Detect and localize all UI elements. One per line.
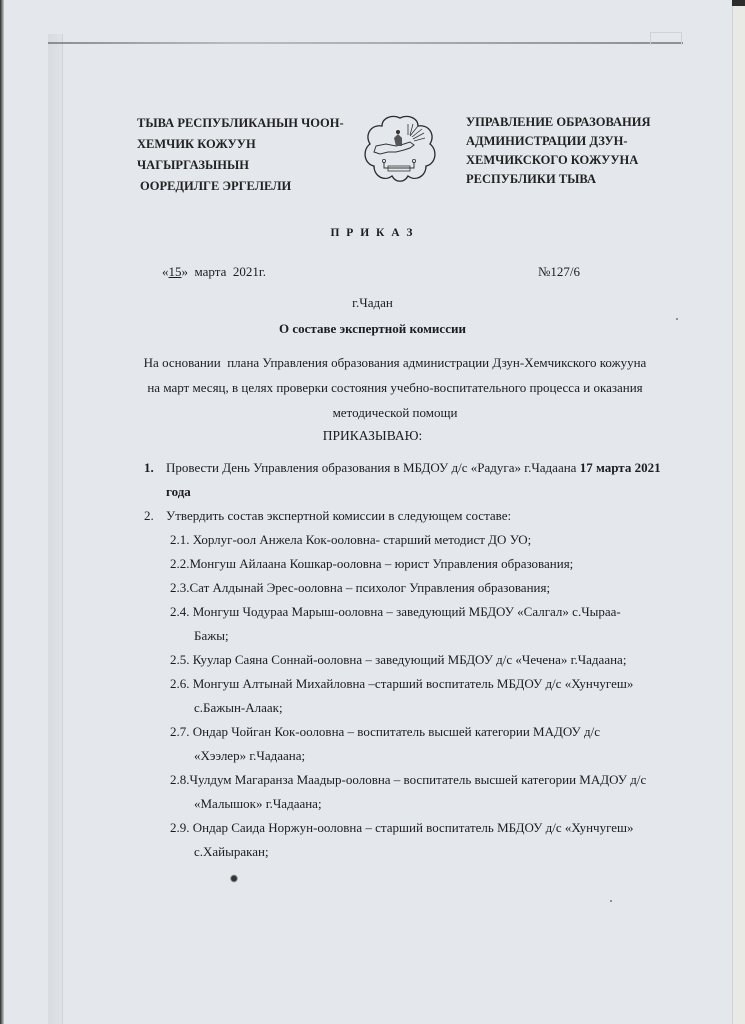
member-line: 2.8.Чулдум Магаранза Маадыр-ооловна – во… — [170, 772, 646, 787]
commission-member: 2.7. Ондар Чойган Кок-ооловна – воспитат… — [170, 720, 664, 768]
scan-speck — [676, 318, 678, 320]
item-number: 1. — [144, 456, 154, 480]
member-line-continuation: Бажы; — [170, 624, 664, 648]
member-line-continuation: «Хээлер» г.Чадаана; — [170, 744, 664, 768]
scan-edge-right — [732, 0, 745, 1024]
order-item-2: 2. Утвердить состав экспертной комиссии … — [144, 504, 664, 864]
commission-member: 2.2.Монгуш Айлаана Кошкар-ооловна – юрис… — [170, 552, 664, 576]
member-line: 2.2.Монгуш Айлаана Кошкар-ооловна – юрис… — [170, 556, 573, 571]
member-line-continuation: «Малышок» г.Чадаана; — [170, 792, 664, 816]
document-number: №127/6 — [538, 264, 580, 280]
header-left-line: ООРЕДИЛГЕ ЭРГЕЛЕЛИ — [137, 176, 344, 197]
order-items-list: 1. Провести День Управления образования … — [144, 456, 664, 864]
item-text: Утвердить состав экспертной комиссии в с… — [157, 504, 664, 528]
header-right-line: АДМИНИСТРАЦИИ ДЗУН- — [466, 132, 651, 151]
document-date: «15» марта 2021г. — [162, 264, 266, 280]
date-day: 15 — [169, 264, 182, 279]
header-left-line: ХЕМЧИК КОЖУУН — [137, 134, 344, 155]
commission-members-list: 2.1. Хорлуг-оол Анжела Кок-ооловна- стар… — [157, 528, 664, 864]
document-city: г.Чадан — [0, 295, 745, 311]
member-line: 2.1. Хорлуг-оол Анжела Кок-ооловна- стар… — [170, 532, 531, 547]
header-left-line: ТЫВА РЕСПУБЛИКАНЫН ЧООН- — [137, 113, 344, 134]
order-item-1: 1. Провести День Управления образования … — [144, 456, 664, 504]
date-rest: » марта 2021г. — [182, 264, 266, 279]
preamble-paragraph: На основании плана Управления образовани… — [140, 350, 650, 425]
header-left-block: ТЫВА РЕСПУБЛИКАНЫН ЧООН- ХЕМЧИК КОЖУУН Ч… — [137, 113, 344, 197]
document-page: ТЫВА РЕСПУБЛИКАНЫН ЧООН- ХЕМЧИК КОЖУУН Ч… — [0, 0, 732, 1024]
header-right-line: ХЕМЧИКСКОГО КОЖУУНА — [466, 151, 651, 170]
order-word: ПРИКАЗЫВАЮ: — [0, 428, 745, 444]
member-line: 2.3.Сат Алдынай Эрес-ооловна – психолог … — [170, 580, 550, 595]
commission-member: 2.6. Монгуш Алтынай Михайловна –старший … — [170, 672, 664, 720]
member-line: 2.5. Куулар Саяна Соннай-ооловна – завед… — [170, 652, 626, 667]
member-line: 2.4. Монгуш Чодураа Марыш-ооловна – заве… — [170, 604, 621, 619]
ink-mark — [230, 874, 238, 883]
commission-member: 2.5. Куулар Саяна Соннай-ооловна – завед… — [170, 648, 664, 672]
member-line-continuation: с.Бажын-Алаак; — [170, 696, 664, 720]
tuva-coat-of-arms-icon — [360, 112, 440, 184]
header-right-line: РЕСПУБЛИКИ ТЫВА — [466, 170, 651, 189]
member-line: 2.9. Ондар Саида Норжун-ооловна – старши… — [170, 820, 634, 835]
commission-member: 2.1. Хорлуг-оол Анжела Кок-ооловна- стар… — [170, 528, 664, 552]
document-title: П Р И К А З — [0, 227, 745, 239]
commission-member: 2.9. Ондар Саида Норжун-ооловна – старши… — [170, 816, 664, 864]
document-subject: О составе экспертной комиссии — [0, 321, 745, 337]
member-line: 2.6. Монгуш Алтынай Михайловна –старший … — [170, 676, 633, 691]
header-left-line: ЧАГЫРГАЗЫНЫН — [137, 155, 344, 176]
item-text: Провести День Управления образования в М… — [166, 460, 580, 475]
commission-member: 2.8.Чулдум Магаранза Маадыр-ооловна – во… — [170, 768, 664, 816]
member-line-continuation: с.Хайыракан; — [170, 840, 664, 864]
commission-member: 2.3.Сат Алдынай Эрес-ооловна – психолог … — [170, 576, 664, 600]
item-number: 2. — [144, 504, 154, 528]
member-line: 2.7. Ондар Чойган Кок-ооловна – воспитат… — [170, 724, 600, 739]
header-right-line: УПРАВЛЕНИЕ ОБРАЗОВАНИЯ — [466, 113, 651, 132]
commission-member: 2.4. Монгуш Чодураа Марыш-ооловна – заве… — [170, 600, 664, 648]
header-right-block: УПРАВЛЕНИЕ ОБРАЗОВАНИЯ АДМИНИСТРАЦИИ ДЗУ… — [466, 113, 651, 189]
scan-speck — [610, 900, 612, 902]
